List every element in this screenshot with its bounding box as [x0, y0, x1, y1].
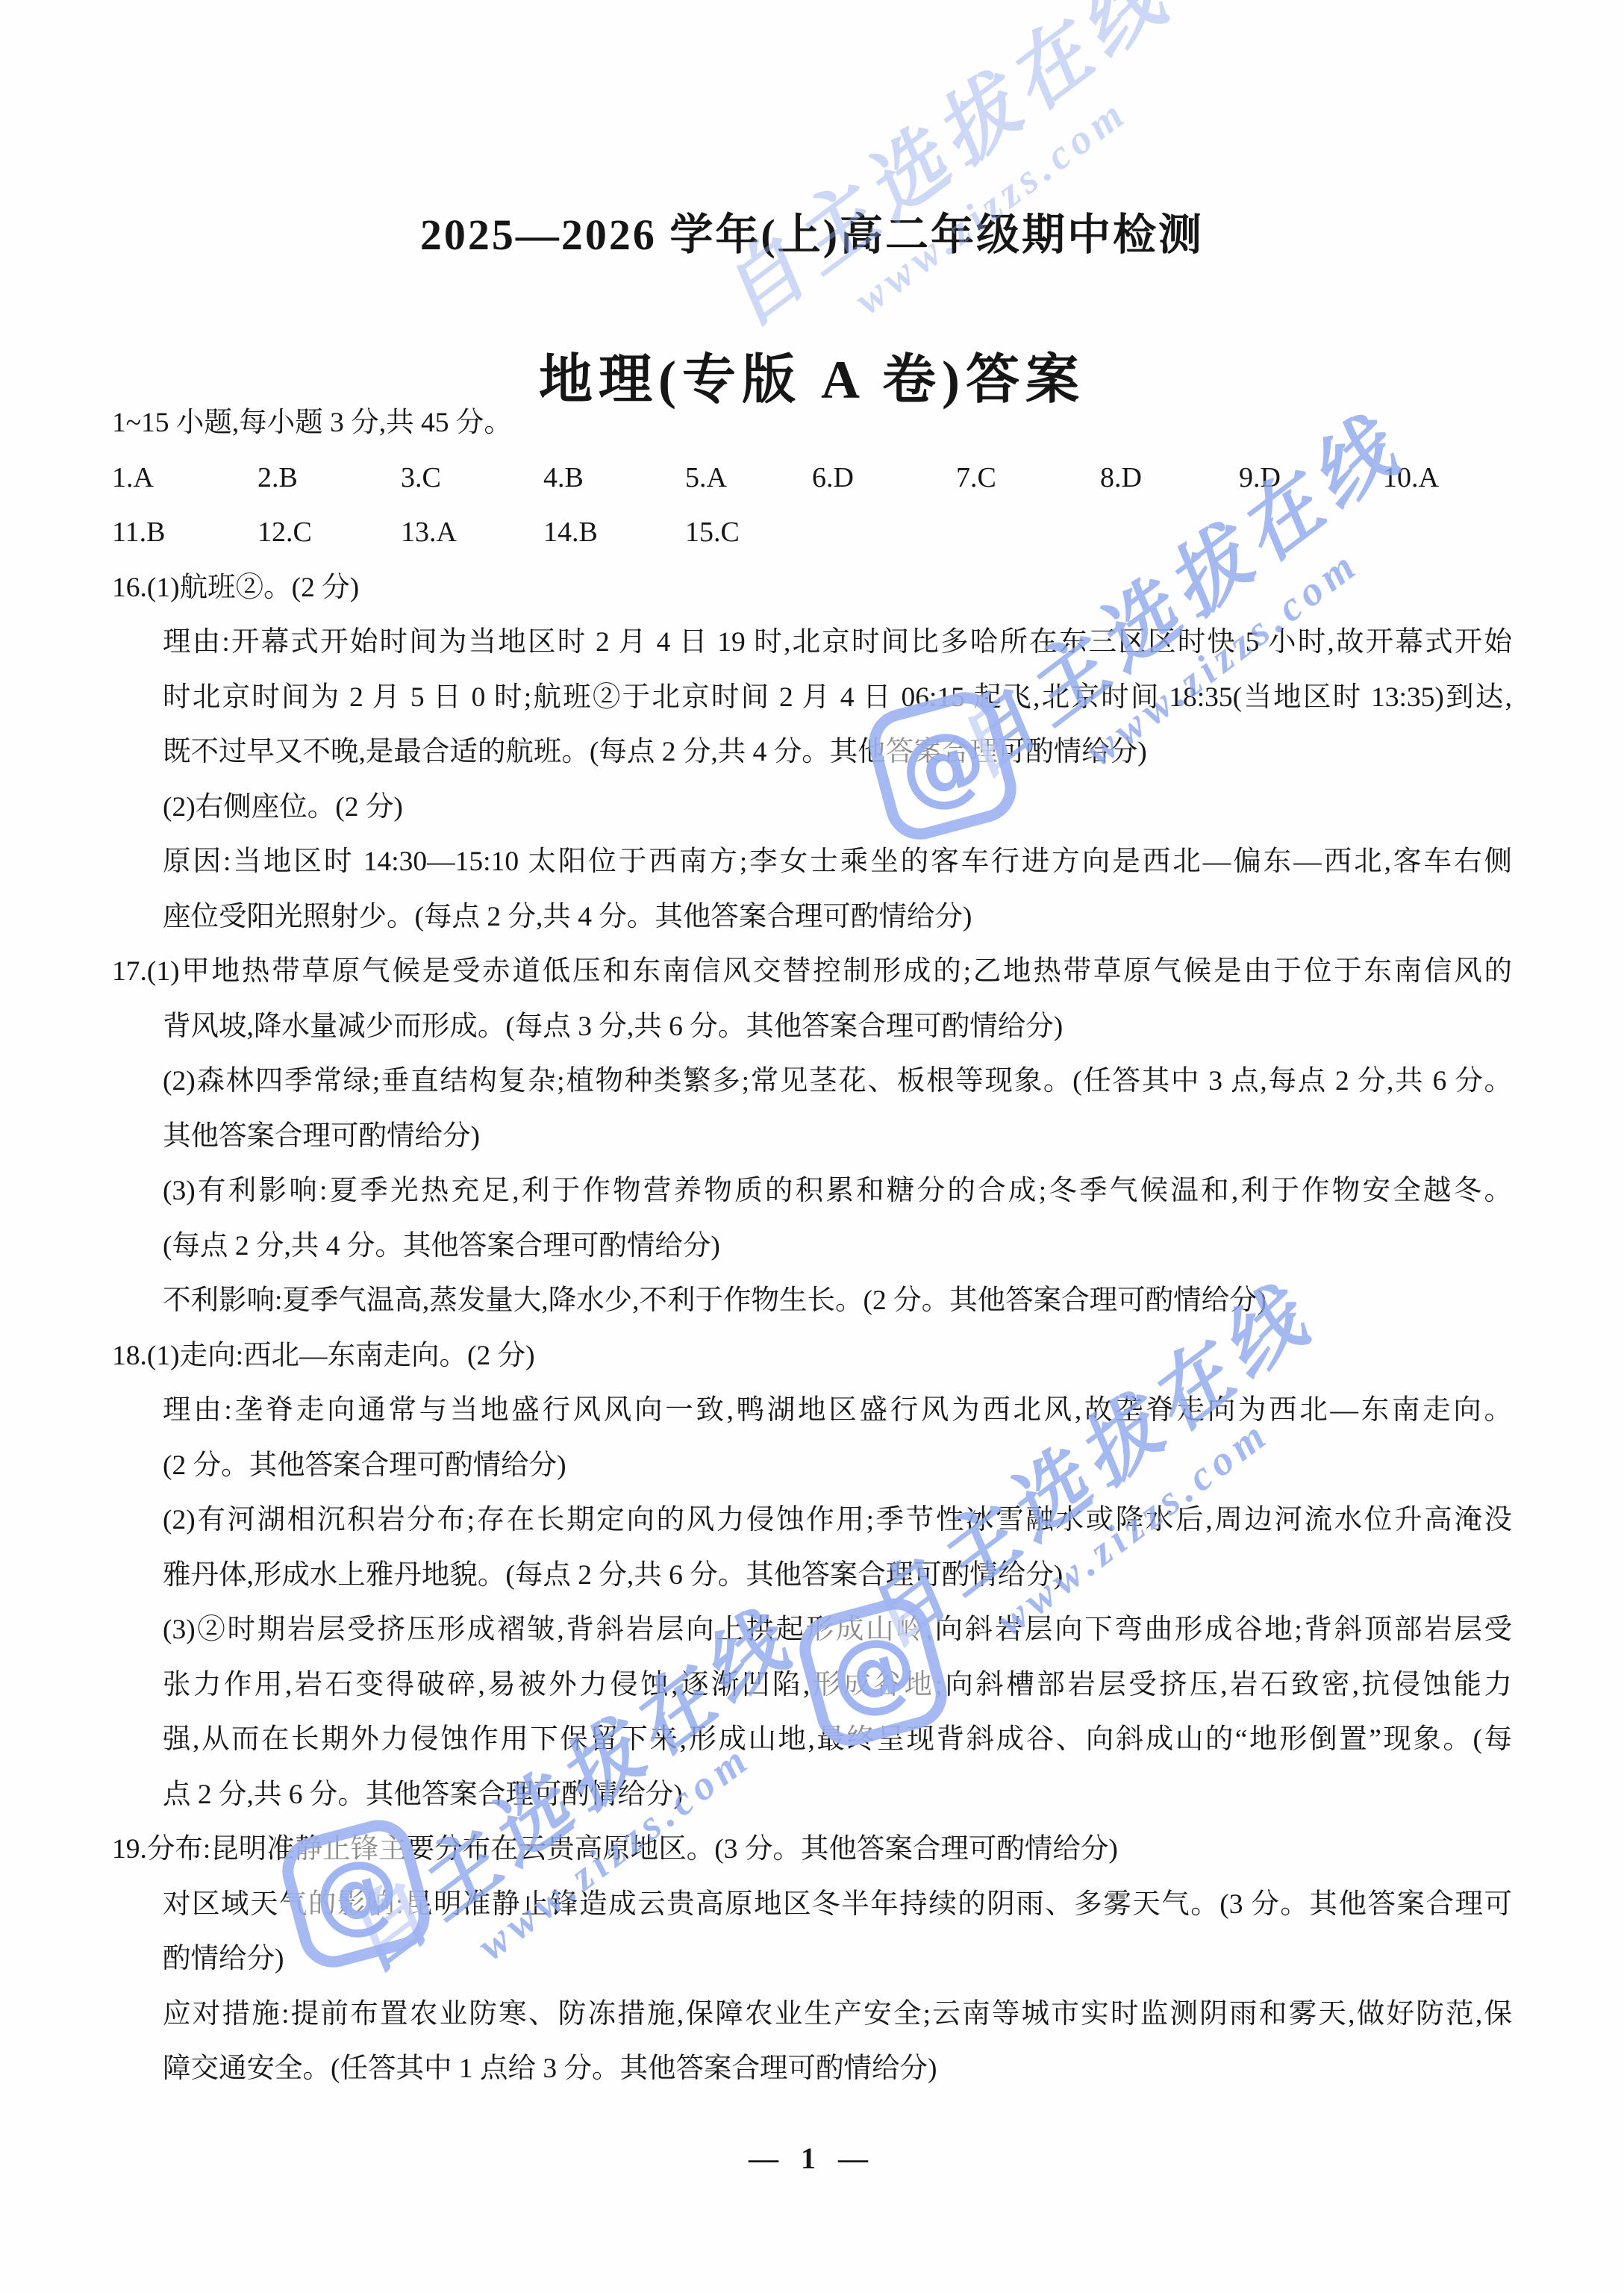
answer-line: (每点 2 分,共 4 分。其他答案合理可酌情给分)	[163, 1219, 1512, 1274]
page-number: — 1 —	[0, 2141, 1624, 2176]
mcq-answer: 14.B	[543, 505, 598, 561]
mcq-answer: 15.C	[685, 505, 740, 561]
answer-line: (2)有河湖相沉积岩分布;存在长期定向的风力侵蚀作用;季节性冰雪融水或降水后,周…	[163, 1493, 1512, 1548]
answer-line: 时北京时间为 2 月 5 日 0 时;航班②于北京时间 2 月 4 日 06:1…	[163, 670, 1512, 726]
mcq-answer: 8.D	[1100, 451, 1142, 506]
mcq-answer: 3.C	[401, 451, 441, 506]
answer-line: 酌情给分)	[163, 1932, 1512, 1987]
mcq-answer: 13.A	[401, 505, 457, 561]
answer-line: 理由:垄脊走向通常与当地盛行风风向一致,鸭湖地区盛行风为西北风,故垄脊走向为西北…	[163, 1383, 1512, 1438]
mcq-answer: 2.B	[257, 451, 298, 506]
answer-line: 座位受阳光照射少。(每点 2 分,共 4 分。其他答案合理可酌情给分)	[163, 890, 1512, 945]
answer-line: (2)森林四季常绿;垂直结构复杂;植物种类繁多;常见茎花、板根等现象。(任答其中…	[163, 1054, 1512, 1109]
answer-line: 雅丹体,形成水上雅丹地貌。(每点 2 分,共 6 分。其他答案合理可酌情给分)	[163, 1548, 1512, 1603]
answer-line: 其他答案合理可酌情给分)	[163, 1109, 1512, 1164]
answer-line: (2 分。其他答案合理可酌情给分)	[163, 1438, 1512, 1494]
answer-line: 强,从而在长期外力侵蚀作用下保留下来,形成山地,最终呈现背斜成谷、向斜成山的“地…	[163, 1712, 1512, 1768]
answer-line: 不利影响:夏季气温高,蒸发量大,降水少,不利于作物生长。(2 分。其他答案合理可…	[163, 1273, 1512, 1329]
mcq-answer: 12.C	[257, 505, 312, 561]
answer-line: 17.(1)甲地热带草原气候是受赤道低压和东南信风交替控制形成的;乙地热带草原气…	[112, 944, 1512, 999]
answer-line: 点 2 分,共 6 分。其他答案合理可酌情给分)	[163, 1768, 1512, 1823]
mcq-answer: 5.A	[685, 451, 727, 506]
answer-line: 理由:开幕式开始时间为当地区时 2 月 4 日 19 时,北京时间比多哈所在东三…	[163, 615, 1512, 670]
mcq-answer: 10.A	[1383, 451, 1439, 506]
answer-document: 1~15 小题,每小题 3 分,共 45 分。 1.A 2.B 3.C 4.B …	[0, 396, 1624, 2097]
answer-line: 既不过早又不晚,是最合适的航班。(每点 2 分,共 4 分。其他答案合理可酌情给…	[163, 725, 1512, 780]
answer-line: (2)右侧座位。(2 分)	[163, 780, 1512, 835]
answer-line: 张力作用,岩石变得破碎,易被外力侵蚀,逐渐凹陷,形成谷地;向斜槽部岩层受挤压,岩…	[163, 1658, 1512, 1713]
answer-line: 障交通安全。(任答其中 1 点给 3 分。其他答案合理可酌情给分)	[163, 2041, 1512, 2097]
answer-line: 应对措施:提前布置农业防寒、防冻措施,保障农业生产安全;云南等城市实时监测阴雨和…	[163, 1987, 1512, 2042]
answer-line: 原因:当地区时 14:30—15:10 太阳位于西南方;李女士乘坐的客车行进方向…	[163, 834, 1512, 890]
answer-line: 18.(1)走向:西北—东南走向。(2 分)	[112, 1329, 1512, 1384]
answer-line: (3)②时期岩层受挤压形成褶皱,背斜岩层向上拱起形成山岭,向斜岩层向下弯曲形成谷…	[163, 1603, 1512, 1658]
watermark-brand-text: 自主选拔在线	[687, 0, 1205, 358]
mcq-answer: 11.B	[112, 505, 165, 561]
mcq-answer: 9.D	[1239, 451, 1281, 506]
mcq-answer: 4.B	[543, 451, 584, 506]
answer-line: (3)有利影响:夏季光热充足,利于作物营养物质的积累和糖分的合成;冬季气候温和,…	[163, 1164, 1512, 1219]
answer-line: 背风坡,降水量减少而形成。(每点 3 分,共 6 分。其他答案合理可酌情给分)	[163, 999, 1512, 1055]
mcq-answer-row: 1.A 2.B 3.C 4.B 5.A 6.D 7.C 8.D 9.D 10.A	[0, 451, 1624, 506]
mcq-answer: 7.C	[956, 451, 996, 506]
section-intro: 1~15 小题,每小题 3 分,共 45 分。	[112, 396, 1512, 451]
mcq-answer-row: 11.B 12.C 13.A 14.B 15.C	[0, 505, 1624, 561]
answer-line: 19.分布:昆明准静止锋主要分布在云贵高原地区。(3 分。其他答案合理可酌情给分…	[112, 1822, 1512, 1877]
mcq-answer: 6.D	[812, 451, 854, 506]
answer-line: 对区域天气的影响:昆明准静止锋造成云贵高原地区冬半年持续的阴雨、多雾天气。(3 …	[163, 1877, 1512, 1932]
exam-title: 2025—2026 学年(上)高二年级期中检测	[0, 199, 1624, 262]
answer-line: 16.(1)航班②。(2 分)	[112, 561, 1512, 616]
mcq-answer: 1.A	[112, 451, 154, 506]
